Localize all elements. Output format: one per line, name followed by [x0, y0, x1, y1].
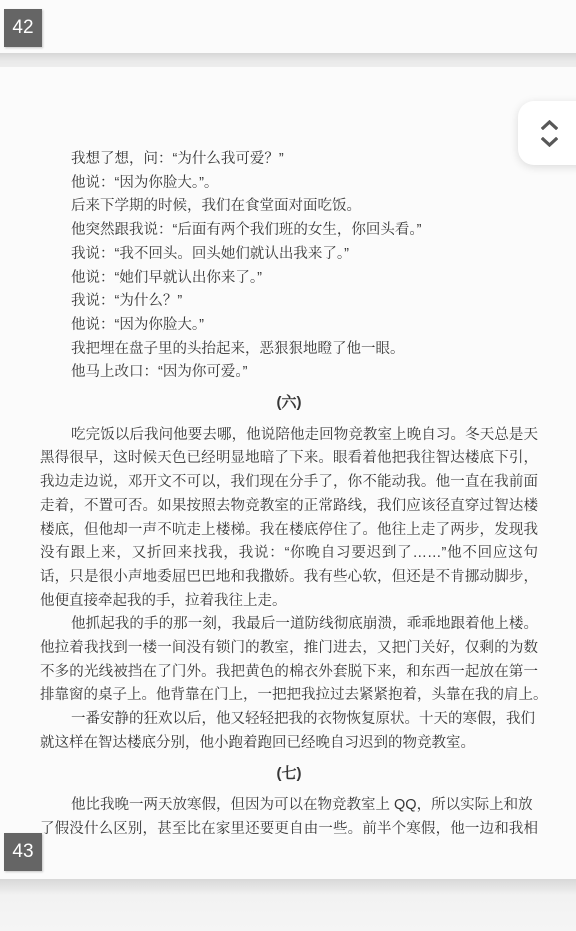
text-line: 他说：“因为你脸大。” [40, 314, 538, 338]
text-line: 就这样在智达楼底分别，他小跑着跑回已经晚自习迟到的物竞教室。 [40, 732, 538, 756]
text-line: 我边走边说，邓开文不可以，我们现在分手了，你不能动我。他一直在我前面 [40, 471, 538, 495]
page-number-badge-current: 43 [4, 833, 42, 871]
text-line: 走着，不置可否。如果按照去物竞教室的正常路线，我们应该径直穿过智达楼 [40, 495, 538, 519]
text-line: 我把埋在盘子里的头抬起来，恶狠狠地瞪了他一眼。 [40, 338, 538, 362]
page-42-tail: 42 [0, 0, 576, 53]
page-number-badge-prev: 42 [4, 9, 42, 47]
text-line: 一番安静的狂欢以后，他又轻轻把我的衣物恢复原状。十天的寒假，我们 [40, 708, 538, 732]
text-line: 我说：“为什么？” [40, 290, 538, 314]
section-heading: (七) [40, 762, 538, 786]
text-line: 他抓起我的手的那一刻，我最后一道防线彻底崩溃，乖乖地跟着他上楼。 [40, 613, 538, 637]
page-gap-bottom [0, 879, 576, 931]
chevron-down-icon[interactable] [541, 137, 558, 147]
text-line: 我说：“我不回头。回头她们就认出我来了。” [40, 243, 538, 267]
text-line: 后来下学期的时候，我们在食堂面对面吃饭。 [40, 195, 538, 219]
section-heading: (六) [40, 391, 538, 415]
page-gap-top [0, 53, 576, 67]
page-current: 我想了想，问：“为什么我可爱？”他说：“因为你脸大。”。后来下学期的时候，我们在… [0, 67, 576, 879]
text-line: 不多的光线被挡在了门外。我把黄色的棉衣外套脱下来，和东西一起放在第一 [40, 661, 538, 685]
text-line: 没有跟上来，又折回来找我，我说：“你晚自习要迟到了……”他不回应这句 [40, 542, 538, 566]
text-line: 他说：“因为你脸大。”。 [40, 172, 538, 196]
text-line: 他比我晚一两天放寒假，但因为可以在物竞教室上 QQ，所以实际上和放 [40, 794, 538, 818]
text-line: 话，只是很小声地委屈巴巴地和我撒娇。我有些心软，但还是不肯挪动脚步， [40, 566, 538, 590]
text-line: 他突然跟我说：“后面有两个我们班的女生，你回头看。” [40, 219, 538, 243]
reader-screen: 42 我想了想，问：“为什么我可爱？”他说：“因为你脸大。”。后来下学期的时候，… [0, 0, 576, 931]
text-line: 他拉着我找到一楼一间没有锁门的教室，推门进去，又把门关好，仅剩的为数 [40, 637, 538, 661]
text-line: 排靠窗的桌子上。他背靠在门上，一把把我拉过去紧紧抱着，头靠在我的肩上。 [40, 684, 538, 708]
text-line: 他便直接牵起我的手，拉着我往上走。 [40, 590, 538, 614]
text-line: 我想了想，问：“为什么我可爱？” [40, 148, 538, 172]
text-line: 吃完饭以后我问他要去哪，他说陪他走回物竞教室上晚自习。冬天总是天 [40, 424, 538, 448]
text-line: 他说：“她们早就认出你来了。” [40, 267, 538, 291]
text-line: 他马上改口：“因为你可爱。” [40, 361, 538, 385]
page-content: 我想了想，问：“为什么我可爱？”他说：“因为你脸大。”。后来下学期的时候，我们在… [40, 148, 538, 842]
chevron-up-icon[interactable] [541, 120, 558, 130]
text-line: 了假没什么区别，甚至比在家里还要更自由一些。前半个寒假，他一边和我相 [40, 818, 538, 842]
text-line: 黑得很早，这时候天色已经明显地暗了下来。眼看着他把我往智达楼底下引， [40, 447, 538, 471]
scroll-widget[interactable] [518, 101, 576, 165]
text-line: 楼底，但他却一声不吭走上楼梯。我在楼底停住了。他往上走了两步，发现我 [40, 519, 538, 543]
